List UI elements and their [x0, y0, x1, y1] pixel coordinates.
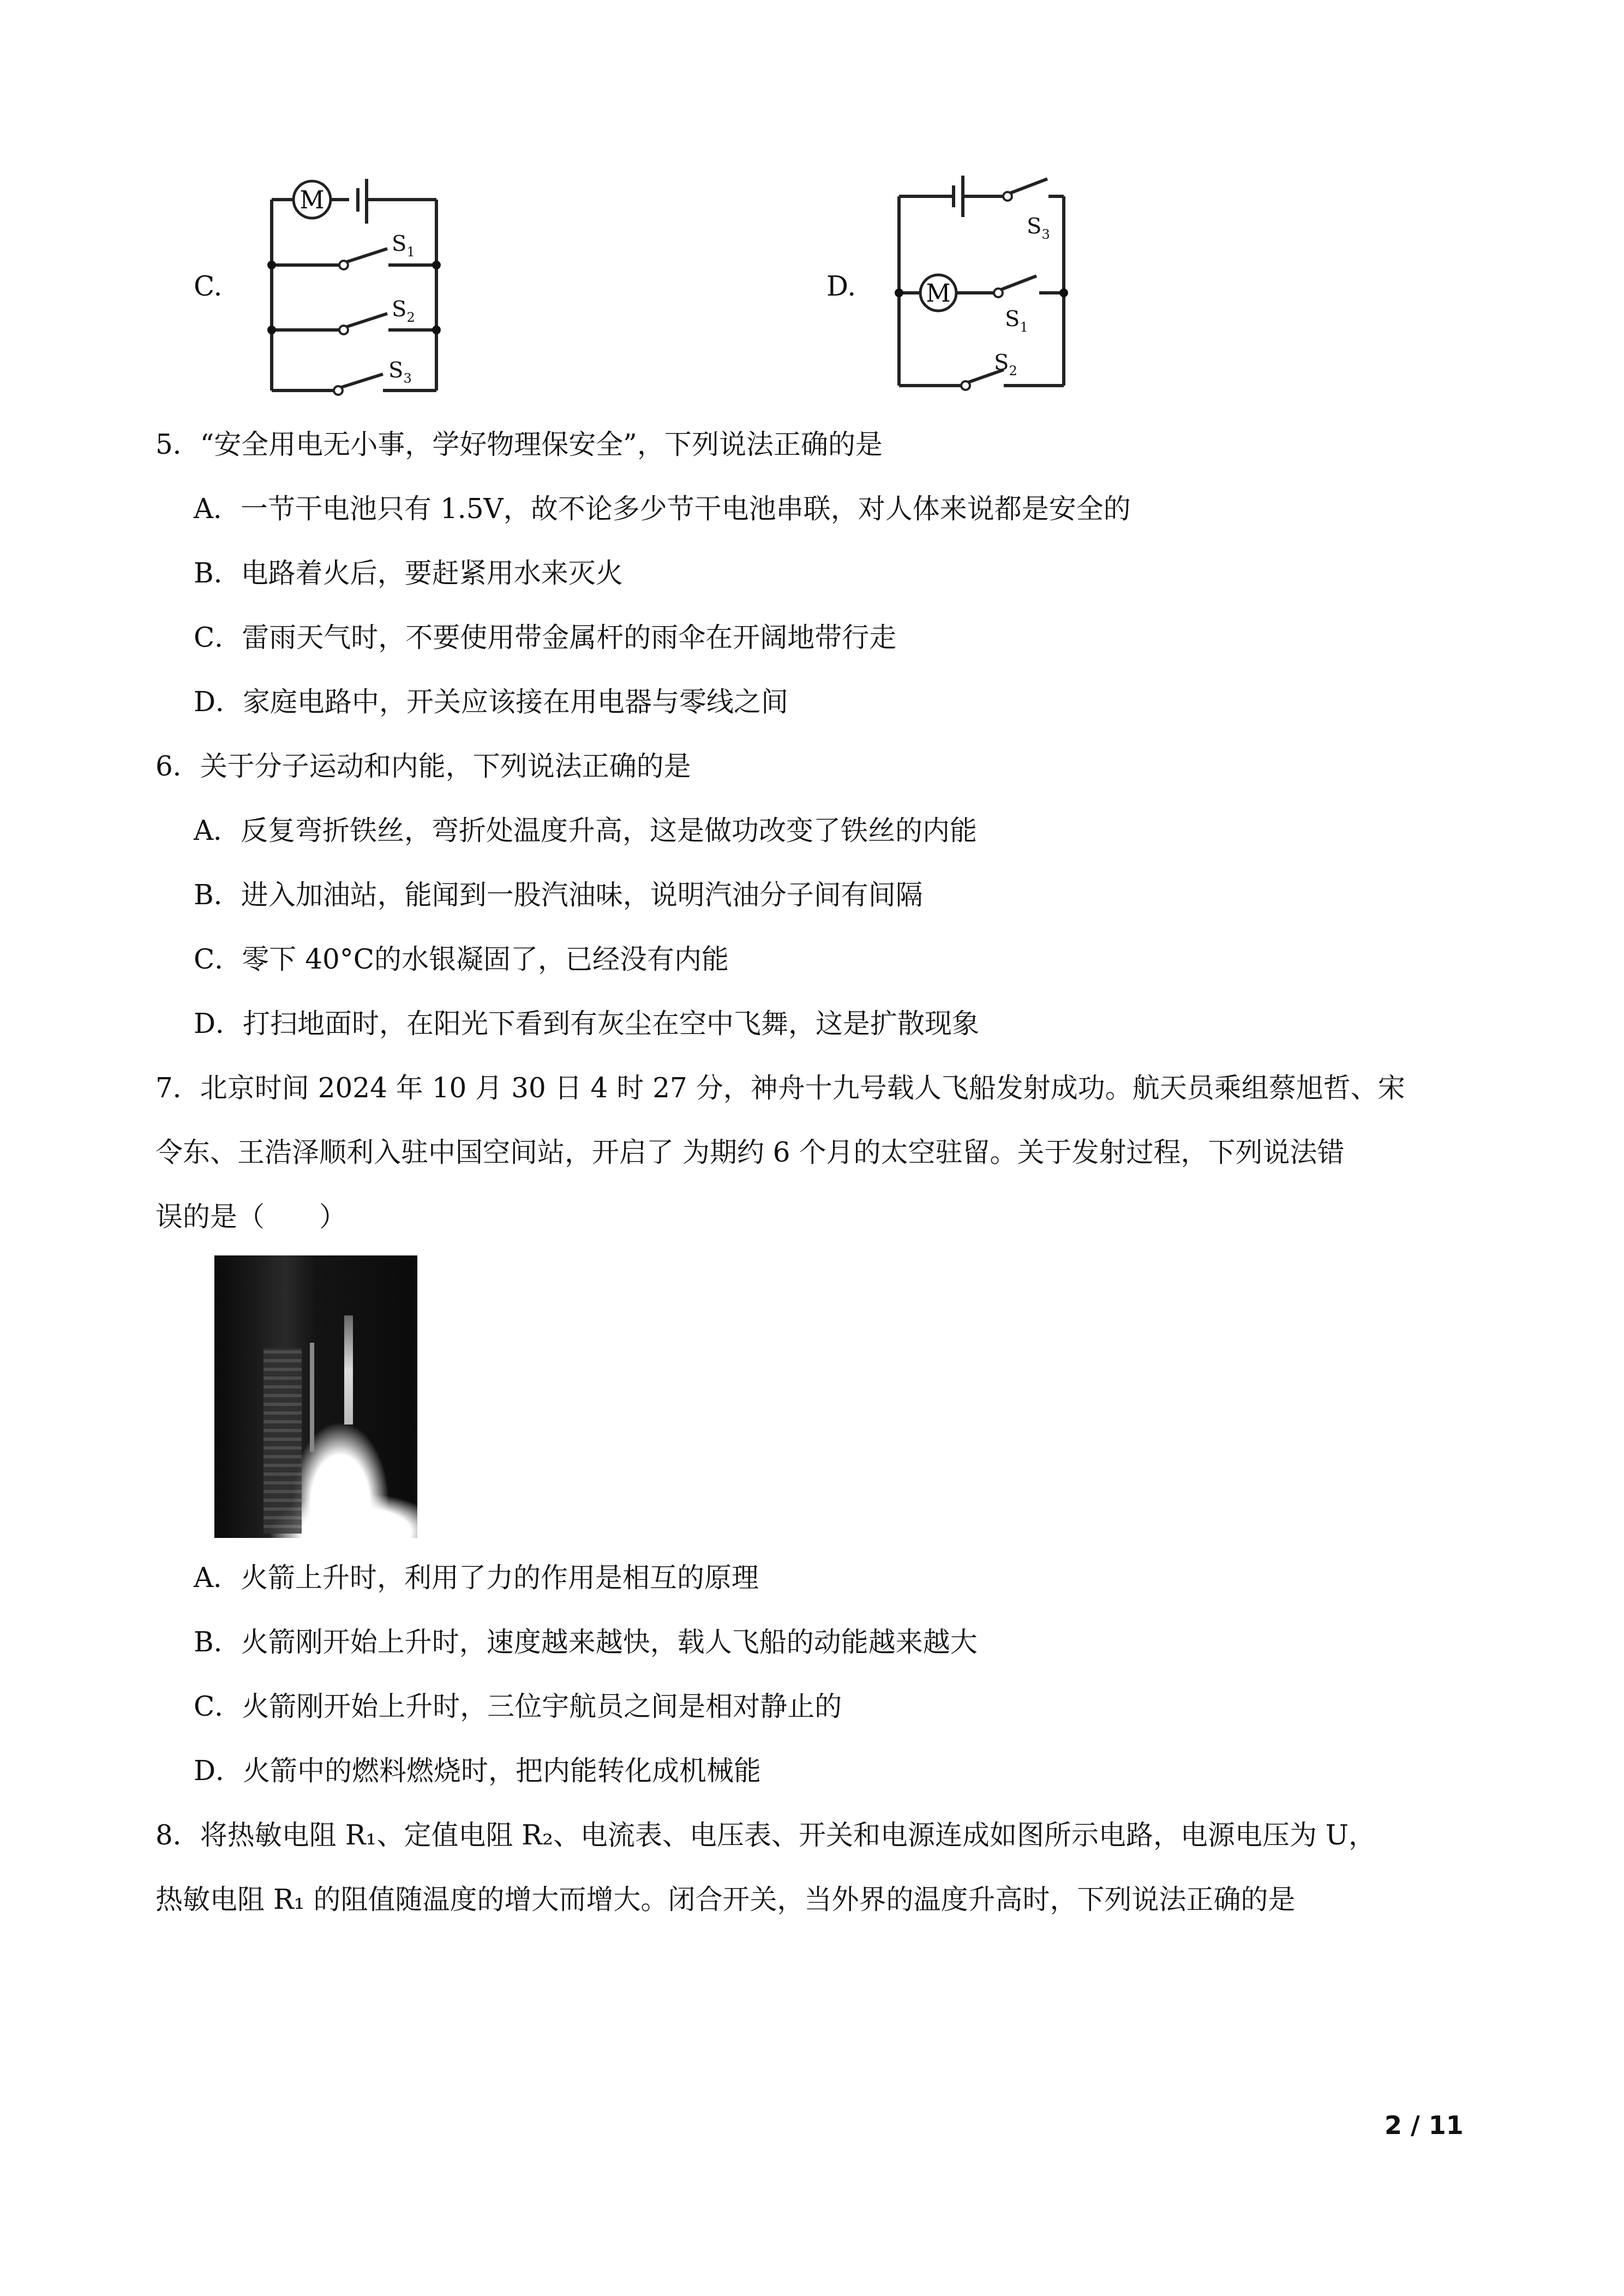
question-5-option-a: A．一节干电池只有 1.5V，故不论多少节干电池串联，对人体来说都是安全的	[194, 492, 1131, 525]
svg-text:S3: S3	[1027, 214, 1050, 242]
svg-text:S2: S2	[994, 350, 1017, 378]
question-7-option-c: C．火箭刚开始上升时，三位宇航员之间是相对静止的	[194, 1690, 842, 1723]
svg-text:S3: S3	[388, 358, 412, 386]
option-d-label: D.	[826, 270, 856, 303]
question-6-stem: 6．关于分子运动和内能，下列说法正确的是	[155, 750, 691, 783]
circuit-diagram-d: M S3 S1 S2	[884, 169, 1113, 404]
question-6-option-a: A．反复弯折铁丝，弯折处温度升高，这是做功改变了铁丝的内能	[194, 814, 977, 847]
question-7-option-a: A．火箭上升时，利用了力的作用是相互的原理	[194, 1561, 759, 1594]
question-6-option-d: D．打扫地面时，在阳光下看到有灰尘在空中飞舞，这是扩散现象	[194, 1007, 979, 1040]
question-8-stem-line-2: 热敏电阻 R₁ 的阻值随温度的增大而增大。闭合开关，当外界的温度升高时，下列说法…	[155, 1883, 1295, 1916]
question-6-option-c: C．零下 40°C的水银凝固了，已经没有内能	[194, 943, 729, 976]
svg-text:S1: S1	[392, 231, 415, 260]
question-8-stem-line-1: 8．将热敏电阻 R₁、定值电阻 R₂、电流表、电压表、开关和电源连成如图所示电路…	[155, 1819, 1376, 1852]
option-c-label: C.	[194, 270, 222, 303]
question-7-stem-line-2: 令东、王浩泽顺利入驻中国空间站，开启了 为期约 6 个月的太空驻留。关于发射过程…	[155, 1136, 1345, 1169]
question-6-option-b: B．进入加油站，能闻到一股汽油味，说明汽油分子间有间隔	[194, 879, 923, 911]
rocket-launch-photo	[214, 1255, 417, 1538]
page-number: 2 / 11	[1385, 2111, 1464, 2140]
question-7-option-d: D．火箭中的燃料燃烧时，把内能转化成机械能	[194, 1754, 761, 1787]
svg-text:M: M	[926, 280, 950, 308]
question-7-option-b: B．火箭刚开始上升时，速度越来越快，载人飞船的动能越来越大	[194, 1626, 978, 1658]
svg-text:M: M	[299, 187, 324, 214]
question-5-option-c: C．雷雨天气时，不要使用带金属杆的雨伞在开阔地带行走	[194, 621, 896, 654]
question-7-stem-line-3: 误的是（ ）	[155, 1200, 346, 1233]
question-5-option-d: D．家庭电路中，开关应该接在用电器与零线之间	[194, 686, 788, 718]
svg-text:S1: S1	[1005, 306, 1028, 335]
circuit-diagram-c: M S1 S2 S3	[251, 169, 480, 404]
question-5-option-b: B．电路着火后，要赶紧用水来灭火	[194, 557, 623, 590]
svg-text:S2: S2	[392, 297, 415, 325]
question-7-stem-line-1: 7．北京时间 2024 年 10 月 30 日 4 时 27 分，神舟十九号载人…	[155, 1072, 1405, 1104]
question-5-stem: 5．“安全用电无小事，学好物理保安全”，下列说法正确的是	[155, 428, 883, 461]
